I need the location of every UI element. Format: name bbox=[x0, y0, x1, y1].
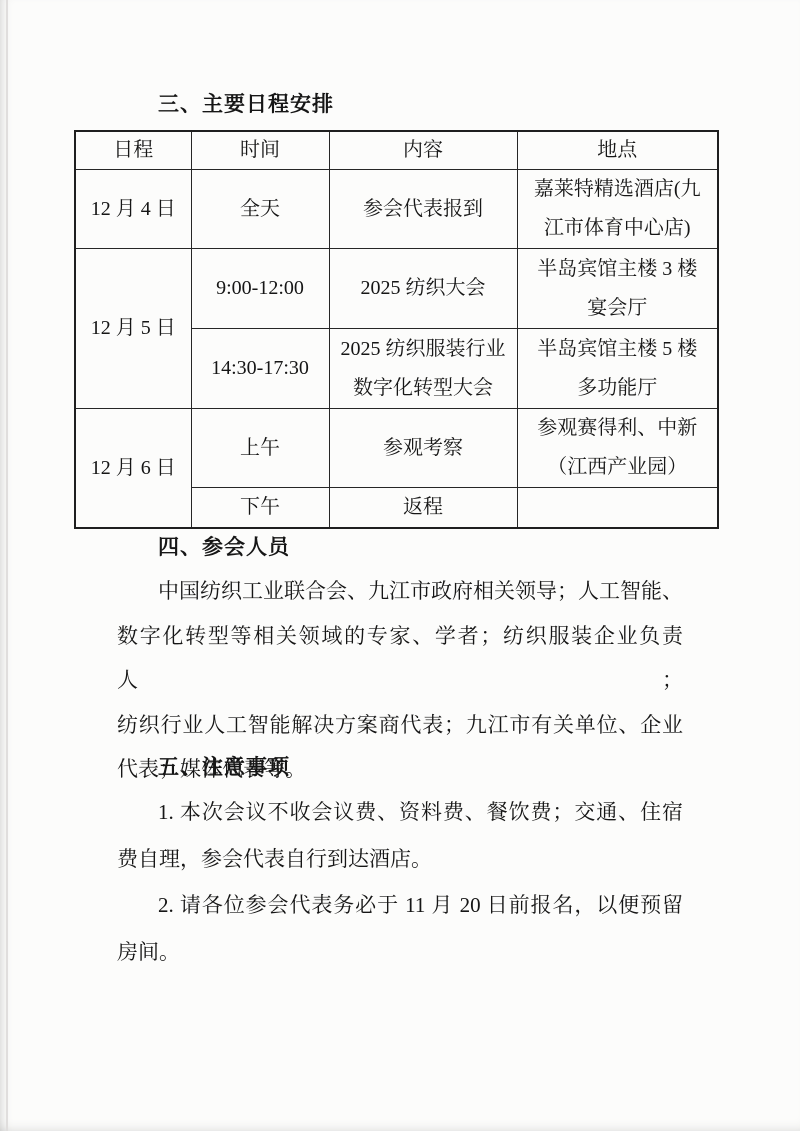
cell-dec5-morning-location: 半岛宾馆主楼 3 楼 宴会厅 bbox=[517, 249, 718, 329]
scanned-notice-page: 三、主要日程安排 日程 时间 内容 地点 12 月 4 日 全天 参会代表报到 … bbox=[0, 0, 800, 1131]
cell-dec6-morning-location: 参观赛得利、中新 （江西产业园） bbox=[517, 409, 718, 488]
cell-dec5-morning-time: 9:00-12:00 bbox=[191, 249, 329, 329]
notes-line: 费自理，参会代表自行到达酒店。 bbox=[117, 836, 683, 883]
schedule-row-dec6-morning: 12 月 6 日 上午 参观考察 参观赛得利、中新 （江西产业园） bbox=[75, 409, 718, 488]
cell-dec5-afternoon-location: 半岛宾馆主楼 5 楼 多功能厅 bbox=[517, 329, 718, 409]
col-header-time: 时间 bbox=[191, 131, 329, 170]
schedule-row-dec4: 12 月 4 日 全天 参会代表报到 嘉莱特精选酒店(九 江市体育中心店) bbox=[75, 170, 718, 249]
cell-dec6-morning-time: 上午 bbox=[191, 409, 329, 488]
participants-line: 纺织行业人工智能解决方案商代表；九江市有关单位、企业 bbox=[117, 703, 683, 748]
cell-dec6-afternoon-time: 下午 bbox=[191, 488, 329, 529]
notes-line: 2. 请各位参会代表务必于 11 月 20 日前报名，以便预留 bbox=[117, 882, 683, 929]
notes-section-heading: 五、注意事项 bbox=[158, 755, 290, 781]
cell-dec4-location: 嘉莱特精选酒店(九 江市体育中心店) bbox=[517, 170, 718, 249]
notes-line: 房间。 bbox=[117, 929, 683, 976]
participants-line: 中国纺织工业联合会、九江市政府相关领导；人工智能、 bbox=[117, 569, 683, 614]
cell-dec4-time: 全天 bbox=[191, 170, 329, 249]
schedule-table: 日程 时间 内容 地点 12 月 4 日 全天 参会代表报到 嘉莱特精选酒店(九… bbox=[74, 130, 719, 529]
schedule-row-dec5-morning: 12 月 5 日 9:00-12:00 2025 纺织大会 半岛宾馆主楼 3 楼… bbox=[75, 249, 718, 329]
scan-left-edge bbox=[6, 0, 8, 1131]
col-header-location: 地点 bbox=[517, 131, 718, 170]
cell-dec4-content: 参会代表报到 bbox=[329, 170, 517, 249]
col-header-content: 内容 bbox=[329, 131, 517, 170]
cell-dec5-date: 12 月 5 日 bbox=[75, 249, 191, 409]
cell-dec6-date: 12 月 6 日 bbox=[75, 409, 191, 529]
notes-paragraph: 1. 本次会议不收会议费、资料费、餐饮费；交通、住宿 费自理，参会代表自行到达酒… bbox=[117, 789, 683, 975]
cell-dec5-afternoon-content: 2025 纺织服装行业 数字化转型大会 bbox=[329, 329, 517, 409]
cell-dec5-afternoon-time: 14:30-17:30 bbox=[191, 329, 329, 409]
col-header-date: 日程 bbox=[75, 131, 191, 170]
participants-section-heading: 四、参会人员 bbox=[158, 535, 290, 561]
notes-line: 1. 本次会议不收会议费、资料费、餐饮费；交通、住宿 bbox=[117, 789, 683, 836]
cell-dec4-date: 12 月 4 日 bbox=[75, 170, 191, 249]
schedule-header-row: 日程 时间 内容 地点 bbox=[75, 131, 718, 170]
cell-dec5-morning-content: 2025 纺织大会 bbox=[329, 249, 517, 329]
cell-dec6-afternoon-location bbox=[517, 488, 718, 529]
schedule-section-heading: 三、主要日程安排 bbox=[158, 92, 334, 118]
participants-line: 数字化转型等相关领域的专家、学者；纺织服装企业负责人； bbox=[117, 614, 683, 703]
cell-dec6-morning-content: 参观考察 bbox=[329, 409, 517, 488]
cell-dec6-afternoon-content: 返程 bbox=[329, 488, 517, 529]
